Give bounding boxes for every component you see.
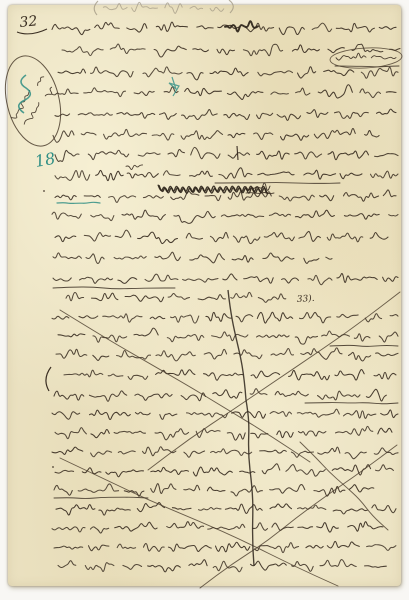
handwriting-word	[379, 332, 398, 342]
handwriting-word	[103, 314, 142, 322]
handwriting-word	[298, 527, 313, 529]
handwriting-word	[377, 109, 397, 114]
handwriting-word	[187, 73, 203, 80]
handwriting-word	[186, 233, 202, 239]
handwriting-word	[344, 411, 376, 419]
handwriting-word	[225, 504, 262, 513]
deletion-vertical-stroke	[228, 290, 254, 566]
handwriting-word	[296, 88, 310, 95]
handwriting-word	[349, 485, 373, 492]
handwriting-word	[300, 312, 331, 322]
handwriting-word	[263, 253, 294, 261]
handwriting-word	[55, 470, 74, 473]
handwriting-word	[117, 351, 151, 360]
handwriting-word	[52, 412, 80, 419]
handwriting-word	[160, 113, 177, 120]
handwriting-word	[185, 88, 222, 95]
handwriting-word	[286, 465, 325, 477]
handwriting-word	[163, 171, 180, 176]
handwriting-word	[193, 467, 232, 476]
handwriting-word	[332, 465, 370, 475]
deletion-diagonal	[200, 445, 397, 588]
handwriting-word	[79, 316, 98, 319]
handwriting-word	[93, 355, 109, 360]
handwriting-word	[171, 315, 199, 323]
handwriting-word	[45, 87, 55, 98]
handwriting-word	[204, 373, 244, 380]
handwriting-word	[270, 504, 292, 509]
handwriting-word	[260, 450, 287, 453]
handwriting-word	[210, 232, 228, 241]
handwriting-word	[251, 371, 280, 378]
handwriting-word	[143, 196, 163, 199]
handwriting-word	[365, 314, 381, 322]
margin-paragraph-number: 18	[33, 149, 56, 171]
handwriting-word	[86, 254, 104, 264]
handwriting-word	[308, 275, 332, 284]
handwriting-word	[54, 391, 84, 400]
ink-underline	[215, 183, 340, 184]
handwriting-word	[258, 71, 293, 76]
handwriting-word	[210, 68, 248, 76]
handwriting-word	[125, 295, 164, 302]
handwriting-body-text	[43, 21, 400, 572]
handwriting-word	[99, 508, 130, 515]
ink-underline	[53, 287, 175, 289]
handwriting-word	[206, 312, 231, 321]
handwriting-word	[383, 190, 396, 197]
handwriting-word	[217, 49, 235, 54]
handwriting-word	[236, 315, 253, 322]
handwriting-word	[115, 230, 131, 237]
handwriting-word	[227, 433, 245, 441]
teal-underline	[57, 202, 100, 203]
handwriting-word	[168, 544, 211, 551]
handwriting-word	[374, 372, 396, 379]
handwriting-word	[348, 522, 383, 531]
handwriting-word	[117, 113, 155, 119]
handwriting-word	[205, 196, 221, 201]
handwriting-word	[174, 211, 215, 223]
handwriting-word	[53, 278, 71, 281]
handwriting-word	[244, 277, 273, 284]
handwriting-word	[295, 152, 322, 159]
handwriting-word	[62, 47, 103, 56]
handwriting-word	[92, 293, 118, 300]
handwriting-word	[181, 131, 223, 140]
handwriting-word	[84, 195, 100, 197]
handwriting-word	[279, 195, 314, 201]
handwriting-word	[327, 541, 359, 548]
handwriting-word	[344, 214, 379, 220]
handwriting-word	[314, 129, 355, 139]
handwriting-word	[257, 335, 290, 338]
handwriting-word	[271, 348, 294, 355]
handwriting-word	[118, 278, 137, 284]
handwriting-word	[127, 173, 158, 178]
handwriting-word	[109, 196, 136, 203]
handwriting-word	[91, 451, 112, 457]
handwriting-word	[193, 49, 209, 52]
handwriting-word	[297, 409, 339, 417]
handwriting-word	[361, 67, 398, 78]
handwriting-word	[253, 523, 268, 531]
handwriting-word	[292, 45, 319, 53]
handwriting-word	[138, 153, 160, 156]
handwriting-word	[324, 70, 354, 76]
handwriting-word	[172, 508, 191, 510]
handwriting-word	[53, 131, 74, 142]
ink-underline	[305, 403, 398, 404]
deletion-diagonal	[300, 442, 388, 530]
handwriting-word	[154, 46, 186, 57]
handwriting-word	[246, 23, 274, 31]
teal-caret-mark	[169, 77, 179, 96]
handwriting-word	[216, 542, 250, 552]
handwriting-word	[376, 465, 394, 471]
handwriting-word	[64, 370, 103, 377]
handwriting-word	[257, 151, 290, 159]
handwriting-word	[211, 449, 252, 456]
handwriting-word	[66, 292, 84, 300]
handwriting-word	[298, 431, 326, 436]
handwriting-word	[143, 67, 182, 77]
handwriting-word	[150, 316, 165, 318]
handwriting-word	[318, 391, 361, 400]
handwriting-word	[78, 484, 118, 492]
handwriting-word	[135, 394, 172, 401]
handwriting-word	[36, 76, 44, 86]
handwriting-word	[233, 236, 260, 244]
handwriting-word	[95, 22, 120, 28]
handwriting-word	[90, 527, 108, 533]
handwriting-word	[115, 522, 157, 531]
handwriting-word	[221, 214, 263, 217]
handwriting-word	[379, 27, 396, 30]
handwriting-word	[199, 507, 222, 510]
handwriting-word	[223, 274, 237, 280]
handwriting-word	[371, 56, 396, 59]
handwriting-word	[228, 133, 245, 137]
handwriting-word	[134, 91, 154, 95]
handwriting-word	[56, 349, 87, 358]
handwriting-word	[269, 213, 290, 216]
handwriting-word	[322, 331, 350, 337]
handwriting-word	[91, 67, 134, 77]
handwriting-word	[360, 89, 381, 98]
handwriting-word	[335, 112, 369, 119]
handwriting-word	[145, 274, 178, 281]
handwriting-word	[381, 410, 398, 418]
handwriting-word	[257, 113, 273, 118]
handwriting-word	[354, 334, 370, 341]
handwriting-word	[106, 470, 144, 477]
handwriting-word	[91, 429, 109, 437]
handwriting-word	[134, 328, 158, 336]
margin-note-oval	[0, 50, 69, 152]
handwriting-word	[320, 560, 356, 567]
handwriting-word	[184, 485, 200, 490]
handwriting-word	[250, 389, 267, 395]
handwriting-word	[270, 485, 305, 494]
handwriting-word	[299, 231, 321, 241]
handwriting-word	[240, 471, 255, 473]
handwriting-word	[227, 92, 263, 100]
handwriting-word	[52, 447, 83, 454]
handwriting-word	[84, 233, 110, 241]
handwriting-word	[191, 147, 220, 158]
handwriting-word	[85, 563, 114, 572]
handwriting-word	[135, 412, 150, 415]
handwriting-word	[197, 26, 213, 29]
pencil-note-word	[165, 3, 183, 14]
handwriting-word	[264, 233, 294, 241]
handwriting-word	[151, 484, 176, 494]
handwriting-word	[232, 256, 253, 263]
handwriting-word	[262, 464, 280, 474]
handwriting-word	[167, 335, 204, 342]
handwriting-word	[54, 546, 83, 549]
pencil-note-word	[103, 4, 127, 10]
handwriting-word	[312, 23, 332, 32]
handwriting-word	[52, 212, 81, 219]
handwriting-word	[289, 370, 330, 380]
handwriting-word	[137, 503, 164, 512]
handwriting-word	[167, 522, 204, 529]
handwriting-word	[295, 336, 317, 344]
handwriting-word	[307, 110, 328, 118]
pencil-close-paren	[229, 0, 233, 13]
handwriting-word	[258, 172, 294, 175]
handwriting-word	[89, 391, 126, 401]
handwriting-word	[52, 527, 85, 532]
handwriting-word	[143, 447, 176, 456]
handwriting-word	[282, 278, 299, 283]
handwriting-word	[184, 451, 205, 457]
handwriting-word	[123, 565, 142, 570]
handwriting-word	[151, 467, 189, 474]
handwriting-word	[275, 391, 308, 396]
handwriting-word	[336, 53, 366, 60]
manuscript-scan-overlay: 32 18 33).	[0, 0, 409, 600]
handwriting-word	[336, 426, 373, 435]
handwriting-word	[320, 195, 334, 201]
handwriting-word	[122, 210, 165, 220]
handwriting-word	[96, 170, 124, 180]
handwriting-word	[295, 210, 334, 217]
handwriting-word	[340, 173, 362, 179]
handwriting-word	[219, 168, 252, 179]
handwriting-word	[117, 544, 135, 548]
deletion-diagonal	[60, 310, 310, 462]
handwriting-word	[318, 447, 340, 454]
handwriting-word	[168, 294, 189, 300]
handwriting-word	[80, 277, 113, 283]
handwriting-word	[56, 505, 95, 515]
handwriting-word	[337, 274, 377, 283]
handwriting-word	[91, 215, 114, 221]
handwriting-word	[84, 88, 126, 97]
handwriting-word	[224, 113, 250, 119]
handwriting-word	[55, 171, 90, 181]
handwriting-word	[138, 232, 178, 243]
handwriting-word	[231, 292, 252, 298]
handwriting-word	[155, 429, 189, 440]
separator-bar	[237, 146, 238, 160]
handwriting-word	[52, 316, 69, 319]
handwriting-word	[213, 561, 242, 572]
handwriting-word	[254, 133, 273, 140]
page-number: 32	[19, 13, 38, 31]
handwriting-word	[345, 452, 366, 459]
handwriting-word	[335, 370, 364, 380]
handwriting-word	[182, 110, 218, 120]
handwriting-word	[196, 429, 220, 438]
pencil-note-word	[132, 2, 158, 11]
handwriting-word	[365, 131, 380, 137]
handwriting-word	[279, 27, 304, 35]
handwriting-word	[114, 256, 146, 259]
handwriting-word	[255, 543, 299, 553]
handwriting-word	[372, 505, 396, 513]
handwriting-word	[367, 545, 396, 551]
handwriting-word	[152, 133, 174, 140]
handwriting-word	[88, 150, 128, 159]
handwriting-word	[204, 349, 226, 359]
handwriting-word	[190, 254, 225, 263]
handwriting-word	[317, 523, 339, 532]
ink-dot	[52, 466, 54, 468]
pencil-note-word	[210, 7, 224, 11]
handwriting-word	[114, 431, 145, 433]
ink-underline	[54, 497, 148, 498]
handwriting-word	[386, 92, 396, 93]
handwriting-word	[337, 314, 358, 317]
handwriting-word	[389, 215, 398, 216]
handwriting-word	[58, 69, 86, 74]
margin-note-rotated-text	[11, 74, 58, 128]
citation-number: 33).	[296, 293, 315, 305]
handwriting-word	[318, 85, 352, 98]
handwriting-word	[78, 113, 112, 116]
handwriting-word	[365, 566, 387, 568]
diagonal-deletion-strokes	[60, 290, 400, 588]
handwriting-word	[183, 279, 218, 283]
scanned-manuscript-screenshot: { "page": { "kind": "Handwritten Greek c…	[0, 0, 409, 600]
initial-hook-stroke	[46, 367, 51, 391]
handwriting-word	[304, 258, 319, 263]
handwriting-word	[190, 171, 213, 176]
handwriting-word	[231, 486, 262, 496]
handwriting-word	[349, 352, 371, 361]
handwriting-word	[366, 389, 386, 401]
handwriting-word	[55, 114, 70, 116]
handwriting-word	[257, 312, 292, 323]
handwriting-word	[168, 149, 184, 156]
handwriting-word	[207, 487, 225, 491]
handwriting-word	[126, 165, 143, 170]
pencil-header-note	[94, 0, 233, 15]
handwriting-word	[376, 353, 398, 356]
handwriting-word	[198, 295, 225, 300]
handwriting-word	[156, 22, 187, 31]
handwriting-word	[383, 277, 398, 282]
handwriting-word	[326, 257, 332, 259]
handwriting-word	[160, 413, 177, 419]
pencil-open-paren	[94, 1, 98, 15]
handwriting-word	[375, 154, 398, 157]
handwriting-word	[277, 114, 301, 120]
handwriting-word	[53, 253, 81, 259]
handwriting-word	[155, 252, 181, 260]
handwriting-word	[281, 134, 309, 140]
handwriting-word	[52, 89, 78, 95]
handwriting-word	[371, 171, 399, 178]
handwriting-word	[58, 334, 85, 337]
handwriting-word	[243, 44, 282, 55]
handwriting-word	[234, 350, 262, 359]
deletion-diagonal	[148, 292, 400, 470]
handwriting-word	[306, 545, 323, 548]
handwriting-word	[333, 509, 367, 514]
handwriting-word	[251, 561, 287, 570]
handwriting-word	[327, 233, 363, 242]
ink-underline	[330, 345, 398, 346]
handwriting-word	[104, 129, 147, 139]
handwriting-word	[127, 24, 147, 32]
handwriting-word	[55, 236, 76, 242]
handwriting-word	[189, 560, 207, 566]
handwriting-word	[54, 485, 72, 495]
handwriting-word	[144, 544, 165, 552]
handwriting-word	[93, 335, 127, 342]
handwriting-word	[378, 428, 392, 434]
handwriting-word	[118, 451, 135, 454]
handwriting-word	[110, 44, 145, 53]
handwriting-word	[390, 315, 398, 317]
handwriting-word	[370, 232, 388, 239]
handwriting-word	[156, 351, 195, 361]
handwriting-word	[148, 565, 181, 572]
handwriting-word	[24, 102, 43, 126]
handwriting-word	[212, 332, 248, 341]
handwriting-word	[251, 433, 268, 438]
handwriting-word	[81, 132, 96, 135]
handwriting-word	[314, 487, 345, 497]
handwriting-word	[344, 193, 379, 202]
handwriting-word	[52, 24, 90, 34]
handwriting-word	[55, 195, 76, 200]
pencil-note-word	[190, 6, 203, 9]
handwriting-word	[55, 150, 79, 161]
ink-dot	[43, 190, 45, 192]
handwriting-word	[90, 410, 131, 419]
handwriting-word	[258, 294, 286, 303]
teal-editor-marks	[19, 75, 179, 203]
handwriting-word	[58, 561, 76, 568]
handwriting-word	[228, 153, 250, 159]
deletion-diagonal	[60, 458, 338, 586]
handwriting-word	[336, 23, 374, 32]
handwriting-word	[277, 431, 293, 438]
handwriting-word	[89, 545, 109, 551]
handwriting-word	[213, 390, 242, 398]
handwriting-word	[298, 67, 316, 78]
handwriting-word	[328, 151, 369, 160]
handwriting-word	[108, 374, 123, 376]
handwriting-word	[128, 375, 148, 379]
handwriting-word	[55, 428, 86, 439]
